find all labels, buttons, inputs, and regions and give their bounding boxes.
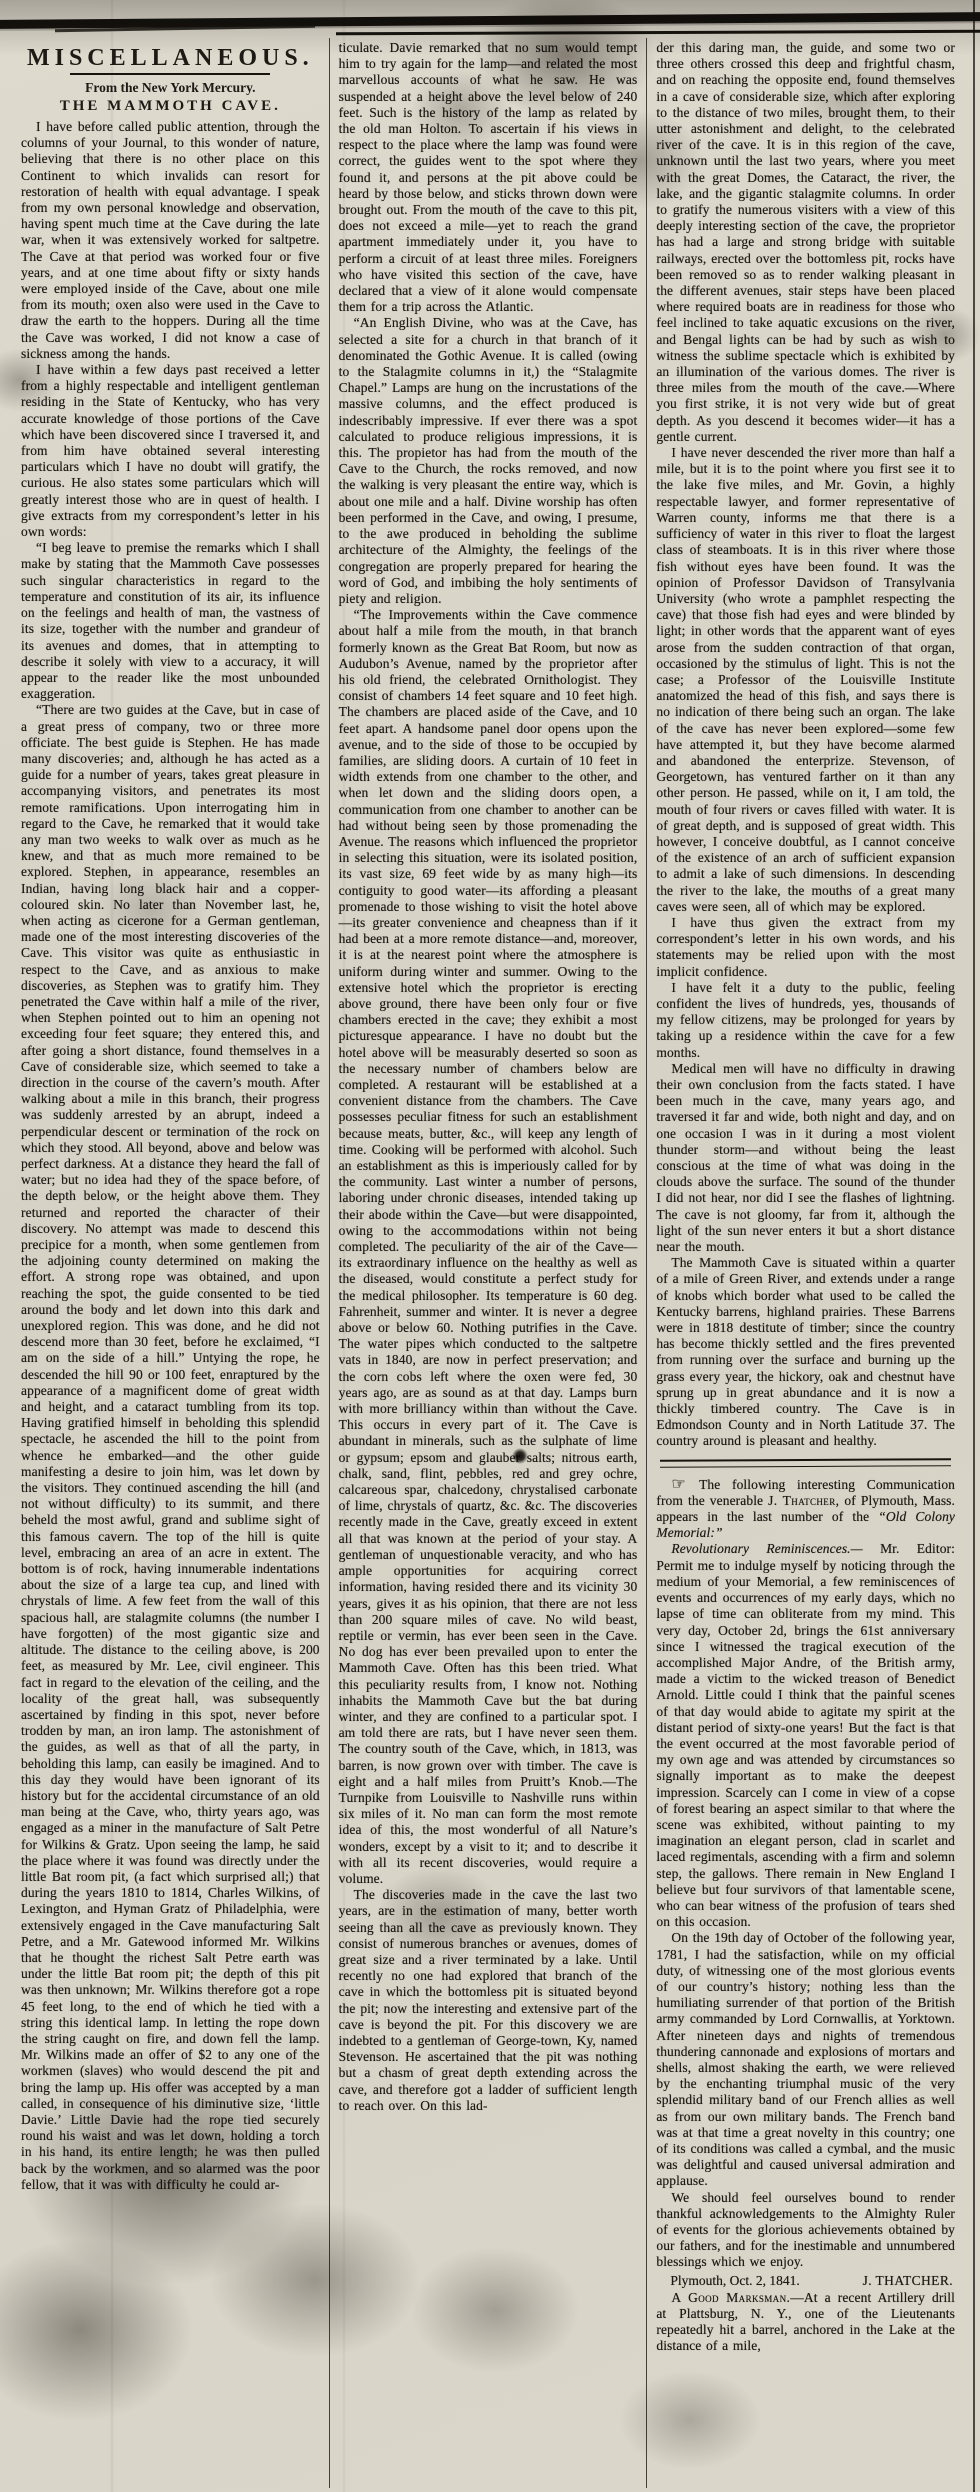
article-paragraph: We should feel ourselves bound to render… <box>656 2190 955 2271</box>
article-paragraph: ticulate. Davie remarked that no sum wou… <box>339 40 638 315</box>
signature-place-date: Plymouth, Oct. 2, 1841. <box>670 2272 799 2289</box>
reminiscences-title: Revolutionary Reminiscences.— <box>671 1541 862 1556</box>
correspondent-name: J. Thatcher, <box>768 1493 839 1508</box>
signature-name: J. THATCHER. <box>863 2272 953 2289</box>
pointing-hand-icon: ☞ <box>671 1476 687 1493</box>
section-divider <box>660 1458 951 1468</box>
page-edge-rule <box>973 0 975 2492</box>
column-1: MISCELLANEOUS. From the New York Mercury… <box>12 38 329 2488</box>
article-paragraph: The discoveries made in the cave the las… <box>339 1887 638 2114</box>
column-2: ticulate. Davie remarked that no sum wou… <box>329 38 647 2488</box>
article-paragraph: “There are two guides at the Cave, but i… <box>21 702 320 2193</box>
article-paragraph: I have thus given the extract from my co… <box>656 915 955 980</box>
section-header: MISCELLANEOUS. <box>21 45 320 72</box>
article-paragraph: der this daring man, the guide, and some… <box>656 40 955 445</box>
article-paragraph: “The Improvements within the Cave commen… <box>339 607 638 1887</box>
article-paragraph: The Mammoth Cave is situated within a qu… <box>656 1255 955 1449</box>
newspaper-scan-page: MISCELLANEOUS. From the New York Mercury… <box>0 0 980 2492</box>
article-title: THE MAMMOTH CAVE. <box>21 98 320 115</box>
masthead-rule <box>0 12 980 29</box>
article-paragraph: I have before called public attention, t… <box>21 119 320 362</box>
column-3: der this daring man, the guide, and some… <box>646 38 964 2488</box>
signature-line: Plymouth, Oct. 2, 1841. J. THATCHER. <box>656 2271 955 2290</box>
marksman-title: A Good Marksman. <box>671 2290 790 2305</box>
source-line: From the New York Mercury. <box>21 80 320 96</box>
marksman-paragraph: A Good Marksman.—At a recent Artillery d… <box>656 2290 955 2355</box>
masthead-rule-secondary <box>336 30 980 35</box>
article-paragraph: I have within a few days past received a… <box>21 362 320 540</box>
section-header-underline <box>70 73 270 75</box>
article-paragraph: I have felt it a duty to the public, fee… <box>656 980 955 1061</box>
article-columns: MISCELLANEOUS. From the New York Mercury… <box>12 38 964 2488</box>
article-paragraph: I have never descended the river more th… <box>656 445 955 915</box>
article-paragraph: Medical men will have no difficulty in d… <box>656 1061 955 1255</box>
article-paragraph: On the 19th day of October of the follow… <box>656 1930 955 2189</box>
reminiscences-paragraph: Revolutionary Reminiscences.— Mr. Editor… <box>656 1541 955 1930</box>
editor-note-paragraph: ☞ The following interesting Communicatio… <box>656 1477 955 1542</box>
reminiscences-text: Mr. Editor: Permit me to indulge myself … <box>656 1541 955 1929</box>
article-paragraph: “I beg leave to premise the remarks whic… <box>21 540 320 702</box>
article-paragraph: “An English Divine, who was at the Cave,… <box>339 315 638 607</box>
